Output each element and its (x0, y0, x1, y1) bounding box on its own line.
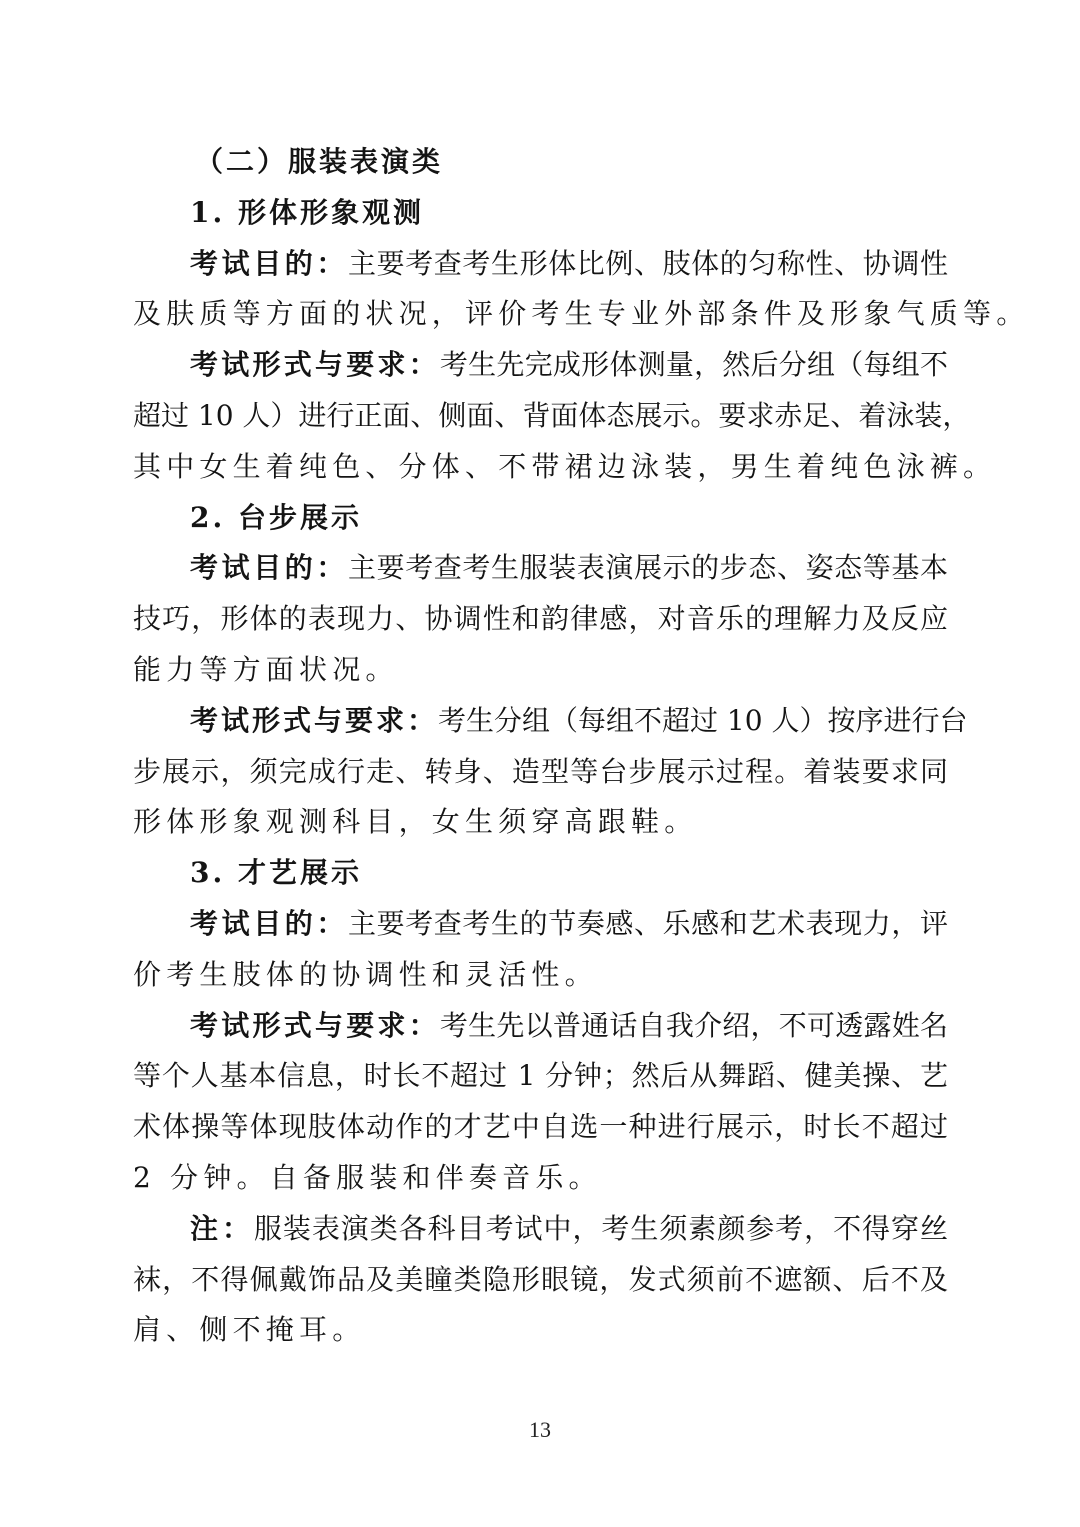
requirements-paragraph-1-line-2: 超过 10 人）进行正面、侧面、背面体态展示。要求赤足、着泳装， (133, 391, 948, 442)
subsection-title-3: 3. 才艺展示 (133, 848, 948, 899)
requirements-label: 考试形式与要求： (190, 704, 438, 737)
paragraph-text: 考生先以普通话自我介绍，不可透露姓名 (440, 1009, 948, 1042)
requirements-paragraph-3-line-2: 等个人基本信息，时长不超过 1 分钟；然后从舞蹈、健美操、艺 (133, 1051, 948, 1102)
paragraph-text: 考生先完成形体测量，然后分组（每组不 (440, 348, 948, 381)
page-number: 13 (0, 1417, 1080, 1443)
subsection-title-2: 2. 台步展示 (133, 493, 948, 544)
requirements-paragraph-2-line-1: 考试形式与要求：考生分组（每组不超过 10 人）按序进行台 (133, 696, 948, 747)
purpose-paragraph-2-line-3: 能力等方面状况。 (133, 645, 948, 696)
subsection-title-1: 1. 形体形象观测 (133, 188, 948, 239)
note-paragraph-line-1: 注：服装表演类各科目考试中，考生须素颜参考，不得穿丝 (133, 1204, 948, 1255)
paragraph-text: 服装表演类各科目考试中，考生须素颜参考，不得穿丝 (254, 1212, 948, 1245)
requirements-paragraph-2-line-2: 步展示，须完成行走、转身、造型等台步展示过程。着装要求同 (133, 747, 948, 798)
document-page: （二）服装表演类 1. 形体形象观测 考试目的：主要考查考生形体比例、肢体的匀称… (133, 137, 948, 1356)
requirements-paragraph-3-line-3: 术体操等体现肢体动作的才艺中自选一种进行展示，时长不超过 (133, 1102, 948, 1153)
purpose-paragraph-3-line-1: 考试目的：主要考查考生的节奏感、乐感和艺术表现力，评 (133, 899, 948, 950)
requirements-paragraph-2-line-3: 形体形象观测科目，女生须穿高跟鞋。 (133, 797, 948, 848)
paragraph-text: 主要考查考生的节奏感、乐感和艺术表现力，评 (348, 907, 948, 940)
purpose-paragraph-3-line-2: 价考生肢体的协调性和灵活性。 (133, 950, 948, 1001)
purpose-paragraph-2-line-2: 技巧，形体的表现力、协调性和韵律感，对音乐的理解力及反应 (133, 594, 948, 645)
purpose-label: 考试目的： (190, 907, 348, 940)
requirements-label: 考试形式与要求： (190, 348, 440, 381)
note-label: 注： (190, 1212, 254, 1245)
purpose-paragraph-1-line-2: 及肤质等方面的状况，评价考生专业外部条件及形象气质等。 (133, 289, 948, 340)
note-paragraph-line-2: 袜，不得佩戴饰品及美瞳类隐形眼镜，发式须前不遮额、后不及 (133, 1255, 948, 1306)
purpose-label: 考试目的： (190, 551, 348, 584)
note-paragraph-line-3: 肩、侧不掩耳。 (133, 1305, 948, 1356)
paragraph-text: 主要考查考生服装表演展示的步态、姿态等基本 (348, 551, 948, 584)
requirements-paragraph-1-line-1: 考试形式与要求：考生先完成形体测量，然后分组（每组不 (133, 340, 948, 391)
purpose-paragraph-1-line-1: 考试目的：主要考查考生形体比例、肢体的匀称性、协调性 (133, 239, 948, 290)
purpose-label: 考试目的： (190, 247, 348, 280)
requirements-paragraph-1-line-3: 其中女生着纯色、分体、不带裙边泳装，男生着纯色泳裤。 (133, 442, 948, 493)
paragraph-text: 主要考查考生形体比例、肢体的匀称性、协调性 (348, 247, 948, 280)
paragraph-text: 考生分组（每组不超过 10 人）按序进行台 (438, 704, 967, 737)
requirements-label: 考试形式与要求： (190, 1009, 440, 1042)
requirements-paragraph-3-line-1: 考试形式与要求：考生先以普通话自我介绍，不可透露姓名 (133, 1001, 948, 1052)
requirements-paragraph-3-line-4: 2 分钟。自备服装和伴奏音乐。 (133, 1153, 948, 1204)
purpose-paragraph-2-line-1: 考试目的：主要考查考生服装表演展示的步态、姿态等基本 (133, 543, 948, 594)
section-title: （二）服装表演类 (133, 137, 948, 188)
